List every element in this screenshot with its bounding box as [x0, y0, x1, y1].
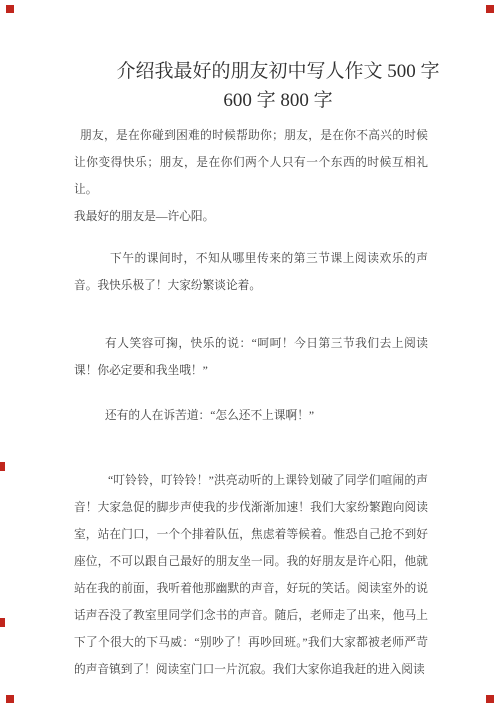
paragraph-bell-story: “叮铃铃，叮铃铃！”洪亮动听的上课铃划破了同学们喧闹的声音！大家急促的脚步声使我…: [74, 467, 428, 683]
paragraph-best-friend: 我最好的朋友是—许心阳。: [74, 203, 428, 230]
edge-marker-left-upper: [0, 462, 5, 471]
document-title-line-1: 介绍我最好的朋友初中写人作文 500 字: [56, 57, 500, 86]
corner-marker-top-right: [486, 5, 494, 13]
corner-marker-top-left: [6, 5, 14, 13]
document-page: 介绍我最好的朋友初中写人作文 500 字 600 字 800 字 朋友，是在你碰…: [0, 0, 500, 708]
paragraph-intro: 朋友，是在你碰到困难的时候帮助你；朋友，是在你不高兴的时候让你变得快乐；朋友，是…: [74, 122, 428, 203]
paragraph-afternoon: 下午的课间时，不知从哪里传来的第三节课上阅读欢乐的声音。我快乐极了！大家纷繁谈论…: [74, 245, 428, 299]
paragraph-complain: 还有的人在诉苦道：“怎么还不上课啊！”: [74, 402, 428, 429]
document-title-line-2: 600 字 800 字: [56, 86, 500, 115]
document-title: 介绍我最好的朋友初中写人作文 500 字 600 字 800 字: [0, 0, 500, 115]
paragraph-happy-talk: 有人笑容可掬，快乐的说：“呵呵！今日第三节我们去上阅读课！你必定要和我坐哦！”: [74, 330, 428, 384]
corner-marker-bottom-left: [6, 695, 14, 703]
corner-marker-bottom-right: [486, 695, 494, 703]
edge-marker-left-lower: [0, 618, 5, 627]
